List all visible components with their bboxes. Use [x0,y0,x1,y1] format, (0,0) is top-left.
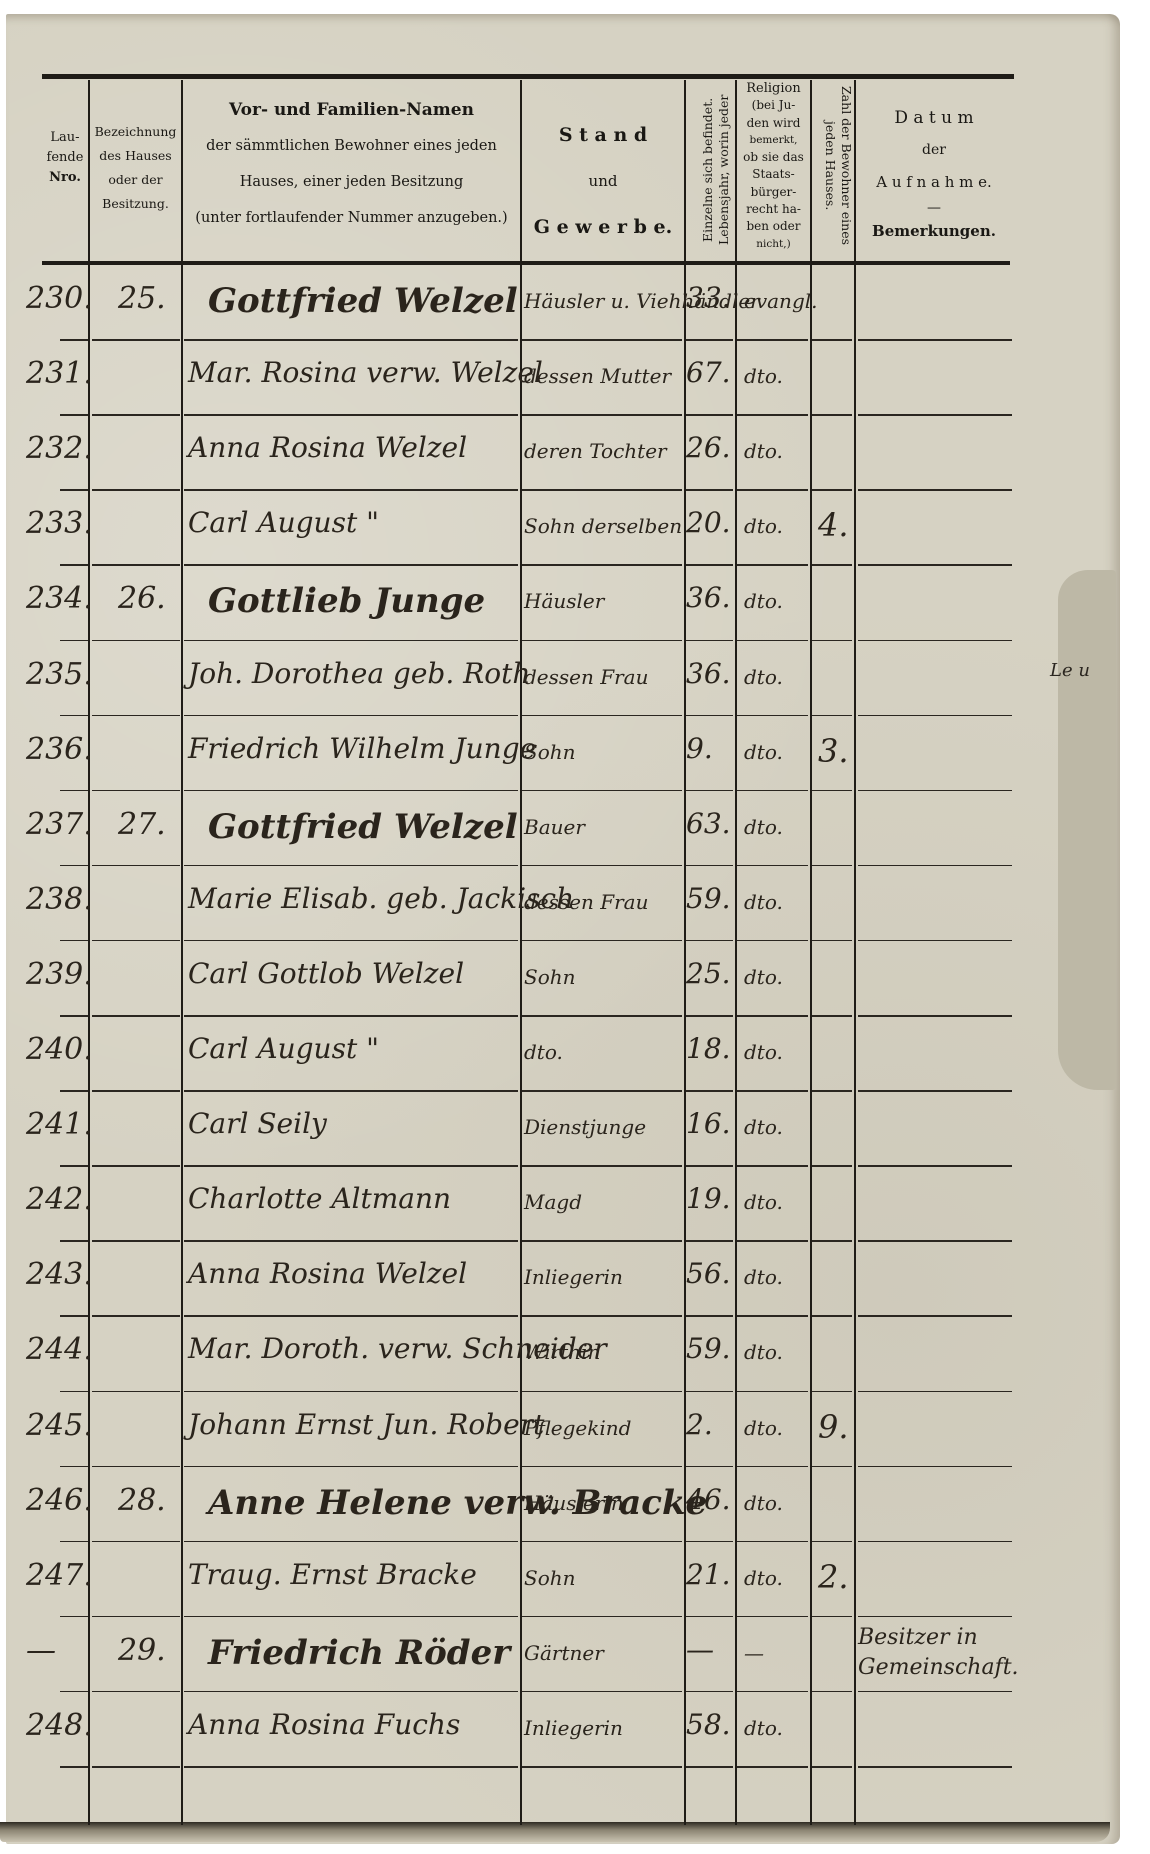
header-date-remarks: D a t u m der A u f n a h m e. — Bemerku… [856,102,1012,244]
resident-name: Anna Rosina Welzel [188,1257,467,1290]
col-divider-7 [854,80,856,1825]
row-rule [686,715,733,717]
religion: dto. [744,439,783,463]
resident-name: Carl Seily [188,1107,327,1140]
header-title: Vor- und Familien-Namen [183,92,520,128]
row-rule [686,640,733,642]
header-text: der sämmtlichen Bewohner eines jeden [183,128,520,164]
row-rule [60,865,88,867]
row-rule [686,339,733,341]
row-rule [92,1315,180,1317]
resident-name: Joh. Dorothea geb. Roth [188,657,530,690]
header-age: Lebensjahr, worin jeder Einzelne sich be… [688,84,732,256]
row-rule [737,865,808,867]
age: 36. [686,657,731,690]
row-rule [184,940,518,942]
row-rule [60,790,88,792]
religion: dto. [744,1566,783,1590]
col-divider-3 [520,80,522,1825]
row-rule [812,940,852,942]
occupation: Sohn [524,965,576,989]
running-number: — [26,1633,56,1668]
row-rule [92,1391,180,1393]
row-rule [686,1240,733,1242]
resident-name: Carl Gottlob Welzel [188,957,464,990]
occupation: Wirthin [524,1340,600,1364]
row-rule [858,1165,1012,1167]
row-rule [92,1691,180,1693]
row-rule [60,1240,88,1242]
running-number: 242. [26,1182,93,1217]
age: 26. [686,431,731,464]
occupation: Inliegerin [524,1716,623,1740]
row-rule [858,1766,1012,1768]
row-rule [184,1391,518,1393]
resident-name: Carl August " [188,1032,379,1065]
row-rule [686,1691,733,1693]
age: 18. [686,1032,731,1065]
resident-count: 3. [818,732,849,770]
row-rule [686,940,733,942]
row-rule [92,640,180,642]
age: 25. [686,957,731,990]
row-rule [60,715,88,717]
running-number: 236. [26,732,93,767]
age: 9. [686,732,713,765]
header-text: Staats- [737,166,810,183]
row-rule [858,1391,1012,1393]
header-house-designation: Bezeichnung des Hauses oder der Besitzun… [90,120,181,216]
row-rule [60,1391,88,1393]
age: 2. [686,1408,713,1441]
header-text: Religion [737,80,810,97]
col-divider-5 [735,80,737,1825]
age: 21. [686,1558,731,1591]
row-rule [60,640,88,642]
header-bottom-rule [42,261,1010,265]
row-rule [60,1691,88,1693]
header-text: Nro. [42,168,88,188]
header-running-number: Lau- fende Nro. [42,128,88,188]
religion: dto. [744,665,783,689]
running-number: 238. [26,882,93,917]
row-rule [686,1616,733,1618]
resident-name: Gottlieb Junge [208,581,485,621]
header-text: (unter fortlaufender Nummer anzugeben.) [183,200,520,236]
row-rule [686,1466,733,1468]
header-text: Lau- [42,128,88,148]
row-rule [184,1616,518,1618]
resident-name: Johann Ernst Jun. Robert [188,1408,544,1441]
row-rule [522,1240,682,1242]
row-rule [858,564,1012,566]
running-number: 248. [26,1708,93,1743]
running-number: 233. [26,506,93,541]
row-rule [858,865,1012,867]
row-rule [858,1090,1012,1092]
row-rule [522,489,682,491]
row-rule [812,1165,852,1167]
row-rule [737,1466,808,1468]
religion: dto. [744,965,783,989]
row-rule [522,1015,682,1017]
row-rule [522,1315,682,1317]
row-rule [686,1090,733,1092]
row-rule [60,1616,88,1618]
header-text: fende [42,148,88,168]
row-rule [522,1541,682,1543]
row-rule [522,1391,682,1393]
occupation: Häusler [524,589,604,613]
header-text: (bei Ju- [737,97,810,114]
row-rule [812,1766,852,1768]
house-number: 27. [118,807,166,842]
resident-name: Anna Rosina Welzel [188,431,467,464]
row-rule [737,1015,808,1017]
resident-count: 4. [818,506,849,544]
religion: dto. [744,1491,783,1515]
row-rule [522,790,682,792]
row-rule [522,1165,682,1167]
row-rule [686,865,733,867]
religion: dto. [744,364,783,388]
age: 58. [686,1708,731,1741]
row-rule [92,414,180,416]
occupation: dessen Frau [524,890,648,914]
header-text: der [856,134,1012,166]
row-rule [812,1616,852,1618]
age: — [686,1633,714,1666]
occupation: Dienstjunge [524,1115,646,1139]
row-rule [737,1090,808,1092]
row-rule [184,414,518,416]
religion: dto. [744,1190,783,1214]
row-rule [686,1165,733,1167]
row-rule [184,1240,518,1242]
age: 59. [686,1332,731,1365]
running-number: 243. [26,1257,93,1292]
row-rule [737,564,808,566]
age: 67. [686,356,731,389]
row-rule [858,1616,1012,1618]
row-rule [60,1766,88,1768]
row-rule [737,1691,808,1693]
resident-name: Anna Rosina Fuchs [188,1708,460,1741]
header-text: A u f n a h m e. [856,166,1012,198]
occupation: Sohn [524,740,576,764]
row-rule [184,1015,518,1017]
row-rule [92,790,180,792]
header-occupation: S t a n d und G e w e r b e. [522,112,684,250]
row-rule [686,414,733,416]
row-rule [737,339,808,341]
religion: dto. [744,1340,783,1364]
running-number: 245. [26,1408,93,1443]
row-rule [812,414,852,416]
age: 56. [686,1257,731,1290]
row-rule [812,640,852,642]
header-text: recht ha- [737,201,810,218]
header-text: ob sie das [737,149,810,166]
row-rule [686,1766,733,1768]
row-rule [522,1766,682,1768]
resident-name: Gottfried Welzel [208,807,518,847]
col-divider-2 [181,80,183,1825]
row-rule [184,640,518,642]
header-text: Bezeichnung [90,120,181,144]
resident-name: Gottfried Welzel [208,281,518,321]
col-divider-6 [810,80,812,1825]
row-rule [812,339,852,341]
resident-name: Friedrich Röder [208,1633,510,1673]
age: 46. [686,1483,731,1516]
row-rule [92,1240,180,1242]
row-rule [858,1015,1012,1017]
header-text: bemerkt, [737,132,810,149]
torn-paper-edge [1058,570,1116,1090]
row-rule [737,1315,808,1317]
running-number: 247. [26,1558,93,1593]
row-rule [858,1541,1012,1543]
religion: dto. [744,1416,783,1440]
age: 63. [686,807,731,840]
religion: dto. [744,1265,783,1289]
religion: — [744,1641,764,1665]
row-rule [522,940,682,942]
row-rule [184,1315,518,1317]
religion: dto. [744,1716,783,1740]
occupation: Sohn [524,1566,576,1590]
row-rule [60,414,88,416]
row-rule [858,1466,1012,1468]
header-religion: Religion (bei Ju- den wird bemerkt, ob s… [737,80,810,253]
row-rule [858,1240,1012,1242]
resident-name: Friedrich Wilhelm Junge [188,732,536,765]
running-number: 240. [26,1032,93,1067]
row-rule [60,1090,88,1092]
row-rule [858,940,1012,942]
header-text: S t a n d [522,112,684,158]
age: 16. [686,1107,731,1140]
religion: dto. [744,1115,783,1139]
row-rule [184,489,518,491]
row-rule [184,1090,518,1092]
row-rule [737,1616,808,1618]
resident-name: Marie Elisab. geb. Jackisch [188,882,574,915]
row-rule [184,564,518,566]
row-rule [60,1315,88,1317]
header-text: Bemerkungen. [856,218,1012,244]
row-rule [737,1240,808,1242]
row-rule [92,489,180,491]
header-names: Vor- und Familien-Namen der sämmtlichen … [183,92,520,236]
page-stack-edge [0,1822,1110,1842]
religion: dto. [744,589,783,613]
row-rule [737,1541,808,1543]
row-rule [522,865,682,867]
row-rule [686,1015,733,1017]
row-rule [686,1541,733,1543]
age: 36. [686,581,731,614]
header-text: Hauses, einer jeden Besitzung [183,164,520,200]
row-rule [522,1466,682,1468]
running-number: 237. [26,807,93,842]
row-rule [858,1315,1012,1317]
row-rule [184,715,518,717]
row-rule [184,1766,518,1768]
row-rule [686,1391,733,1393]
header-text: G e w e r b e. [522,204,684,250]
header-resident-count: Zahl der Bewohner eines jeden Hauses. [812,86,854,246]
row-rule [737,790,808,792]
religion: dto. [744,514,783,538]
row-rule [686,564,733,566]
row-rule [737,1766,808,1768]
row-rule [686,790,733,792]
running-number: 246. [26,1483,93,1518]
row-rule [92,1466,180,1468]
occupation: Magd [524,1190,582,1214]
row-rule [522,414,682,416]
row-rule [858,790,1012,792]
row-rule [686,489,733,491]
row-rule [737,1165,808,1167]
row-rule [60,1541,88,1543]
row-rule [92,564,180,566]
religion: dto. [744,740,783,764]
margin-fragment: Le u [1050,660,1090,681]
occupation: Bauer [524,815,585,839]
row-rule [92,1015,180,1017]
row-rule [522,1616,682,1618]
row-rule [522,715,682,717]
row-rule [737,940,808,942]
row-rule [812,1240,852,1242]
row-rule [60,489,88,491]
resident-name: Traug. Ernst Bracke [188,1558,477,1591]
religion: dto. [744,1040,783,1064]
row-rule [92,865,180,867]
row-rule [737,1391,808,1393]
row-rule [522,1691,682,1693]
row-rule [60,339,88,341]
header-text: D a t u m [856,102,1012,134]
occupation: Pflegekind [524,1416,631,1440]
row-rule [184,1165,518,1167]
row-rule [858,640,1012,642]
row-rule [812,1466,852,1468]
row-rule [92,940,180,942]
remark: Besitzer in Gemeinschaft. [858,1623,1058,1683]
row-rule [92,339,180,341]
row-rule [60,1015,88,1017]
row-rule [184,339,518,341]
occupation: dessen Mutter [524,364,671,388]
occupation: dessen Frau [524,665,648,689]
resident-name: Charlotte Altmann [188,1182,451,1215]
row-rule [60,940,88,942]
row-rule [812,1090,852,1092]
occupation: deren Tochter [524,439,667,463]
row-rule [812,489,852,491]
top-rule [42,74,1014,79]
running-number: 239. [26,957,93,992]
row-rule [92,1090,180,1092]
row-rule [812,1315,852,1317]
row-rule [92,1165,180,1167]
occupation: dto. [524,1040,563,1064]
header-text: den wird [737,115,810,132]
running-number: 230. [26,281,93,316]
occupation: Inliegerin [524,1265,623,1289]
row-rule [522,1090,682,1092]
age: 19. [686,1182,731,1215]
age: 20. [686,506,731,539]
row-rule [522,339,682,341]
running-number: 241. [26,1107,93,1142]
age: 33. [686,281,731,314]
row-rule [184,790,518,792]
row-rule [686,1315,733,1317]
row-rule [522,640,682,642]
row-rule [92,1766,180,1768]
row-rule [737,414,808,416]
header-text: bürger- [737,184,810,201]
row-rule [92,1541,180,1543]
resident-count: 2. [818,1558,849,1596]
header-text: nicht,) [737,236,810,253]
religion: dto. [744,815,783,839]
house-number: 26. [118,581,166,616]
row-rule [60,1165,88,1167]
row-rule [737,715,808,717]
row-rule [92,1616,180,1618]
row-rule [522,564,682,566]
row-rule [812,1541,852,1543]
row-rule [858,1691,1012,1693]
row-rule [858,715,1012,717]
header-text: oder der [90,168,181,192]
row-rule [858,414,1012,416]
row-rule [812,564,852,566]
row-rule [812,1691,852,1693]
resident-name: Mar. Rosina verw. Welzel [188,356,543,389]
row-rule [812,1391,852,1393]
house-number: 28. [118,1483,166,1518]
row-rule [812,865,852,867]
header-text: ben oder [737,218,810,235]
header-text: des Hauses [90,144,181,168]
religion: dto. [744,890,783,914]
religion: evangl. [744,289,818,313]
row-rule [60,1466,88,1468]
row-rule [184,1691,518,1693]
running-number: 234. [26,581,93,616]
running-number: 235. [26,657,93,692]
row-rule [858,339,1012,341]
resident-name: Anne Helene verw. Bracke [208,1483,707,1523]
resident-count: 9. [818,1408,849,1446]
row-rule [184,865,518,867]
occupation: Sohn derselben [524,514,682,538]
row-rule [812,1015,852,1017]
row-rule [812,715,852,717]
header-text: Besitzung. [90,192,181,216]
row-rule [184,1466,518,1468]
occupation: Häuslerin [524,1491,624,1515]
occupation: Gärtner [524,1641,604,1665]
header-text: — [856,198,1012,218]
